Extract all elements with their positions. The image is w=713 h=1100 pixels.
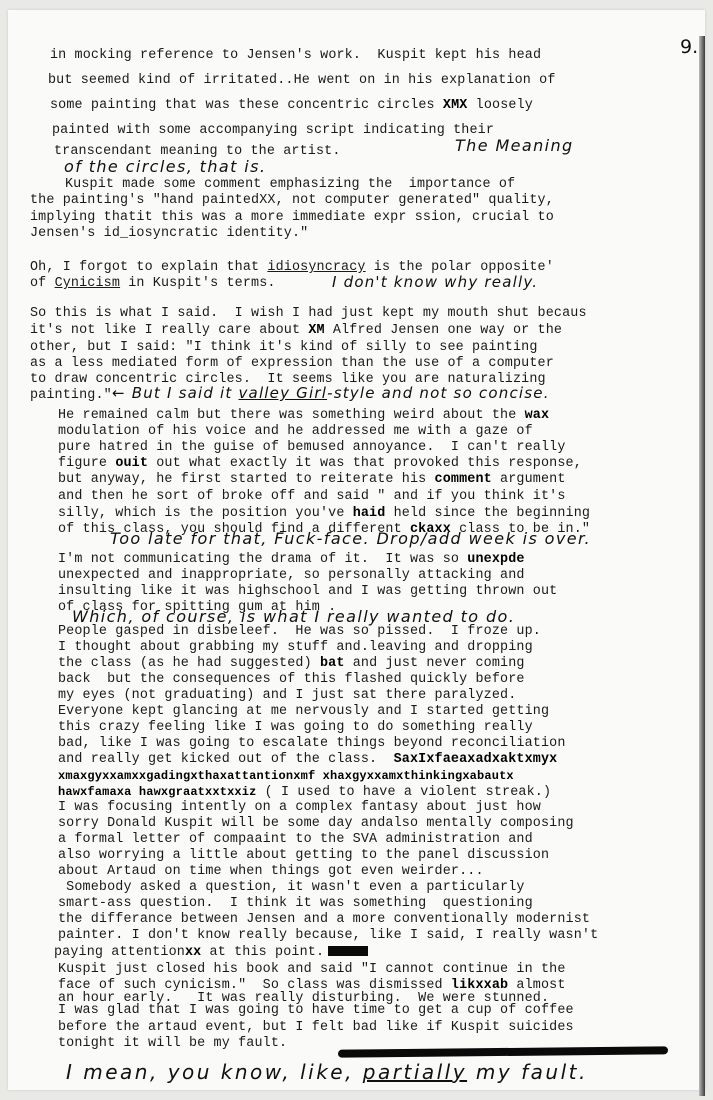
text-line: smart-ass question. I think it was somet… bbox=[58, 896, 533, 912]
handwritten-closing: I mean, you know, like, partially my fau… bbox=[66, 1060, 588, 1084]
text-line: before the artaud event, but I felt bad … bbox=[58, 1020, 574, 1036]
strikeout-line: xmaxgyxxamxxgadingxthaxattantionxmf xhax… bbox=[58, 768, 514, 784]
text-line: insulting like it was highschool and I w… bbox=[58, 584, 557, 600]
text-line: Kuspit just closed his book and said "I … bbox=[58, 962, 566, 978]
handwritten-note: ← But I said it valley Girl-style and no… bbox=[112, 384, 550, 402]
text-line: and really get kicked out of the class. … bbox=[58, 752, 557, 768]
text-line: He remained calm but there was something… bbox=[58, 408, 549, 424]
text-line: tonight it will be my fault. bbox=[58, 1036, 287, 1052]
text-line: the painting's "hand paintedXX, not comp… bbox=[30, 193, 554, 209]
text-line: Somebody asked a question, it wasn't eve… bbox=[58, 880, 525, 896]
text-line: the class (as he had suggested) bat and … bbox=[58, 656, 525, 672]
text-line: a formal letter of compaaint to the SVA … bbox=[58, 832, 533, 848]
text-line: figure ouit out what exactly it was that… bbox=[58, 456, 582, 472]
text-line: bad, like I was going to escalate things… bbox=[58, 736, 566, 752]
handwritten-note: I don't know why really. bbox=[332, 273, 538, 291]
strikeout: haid bbox=[353, 506, 386, 521]
handwritten-note: of the circles, that is. bbox=[64, 157, 266, 176]
handwritten-note: The Meaning bbox=[455, 136, 574, 155]
text-line: also worrying a little about getting to … bbox=[58, 848, 549, 864]
text-line: this crazy feeling like I was going to d… bbox=[58, 720, 533, 736]
text-line: pure hatred in the guise of bemused anno… bbox=[58, 440, 566, 456]
strikeout: unexpde bbox=[467, 552, 524, 567]
text-line: hawxfamaxa hawxgraatxxtxxiz ( I used to … bbox=[58, 784, 551, 801]
text-line: Kuspit made some comment emphasizing the… bbox=[65, 177, 515, 193]
text-line: painter. I don't know really because, li… bbox=[58, 928, 598, 944]
text-line: I thought about grabbing my stuff and.le… bbox=[58, 640, 533, 656]
text-line: but anyway, he first started to reiterat… bbox=[58, 472, 566, 488]
text-line: I was glad that I was going to have time… bbox=[58, 1003, 574, 1019]
strikeout: ouit bbox=[115, 456, 148, 471]
text-line: Everyone kept glancing at me nervously a… bbox=[58, 704, 549, 720]
text-line: implying thatit this was a more immediat… bbox=[30, 210, 554, 226]
text-line: sorry Donald Kuspit will be some day and… bbox=[58, 816, 574, 832]
text-line: painting." bbox=[30, 388, 112, 404]
strikeout: XM bbox=[308, 323, 324, 338]
page-number: 9. bbox=[680, 36, 698, 58]
marker-underline bbox=[338, 1046, 668, 1057]
text-line: in mocking reference to Jensen's work. K… bbox=[50, 48, 541, 64]
text-line: but seemed kind of irritated..He went on… bbox=[48, 73, 556, 89]
text-line: my eyes (not graduating) and I just sat … bbox=[58, 688, 516, 704]
page-binding-edge bbox=[699, 36, 705, 1096]
text-line: silly, which is the position you've haid… bbox=[58, 506, 590, 522]
strikeout: hawxfamaxa hawxgraatxxtxxiz bbox=[58, 785, 256, 799]
text-line: Jensen's id_iosyncratic identity." bbox=[30, 226, 308, 242]
strikeout: bat bbox=[320, 656, 345, 671]
strikeout: comment bbox=[435, 472, 492, 487]
text-line: as a less mediated form of expression th… bbox=[30, 356, 554, 372]
strikeout: XMX bbox=[443, 98, 468, 113]
text-line: paying attentionxx at this point. bbox=[54, 945, 368, 961]
text-line: I'm not communicating the drama of it. I… bbox=[58, 552, 525, 568]
redaction-bar bbox=[328, 946, 368, 956]
text-line: it's not like I really care about XM Alf… bbox=[30, 323, 562, 339]
strikeout: wax bbox=[525, 408, 550, 423]
handwritten-note: Too late for that, Fuck-face. Drop/add w… bbox=[110, 529, 591, 548]
text-line: the differance between Jensen and a more… bbox=[58, 912, 590, 928]
text-line: some painting that was these concentric … bbox=[50, 98, 533, 114]
text-line: and then he sort of broke off and said "… bbox=[58, 489, 566, 505]
text-line: unexpected and inappropriate, so persona… bbox=[58, 568, 525, 584]
text-line: other, but I said: "I think it's kind of… bbox=[30, 340, 538, 356]
text-line: modulation of his voice and he addressed… bbox=[58, 424, 533, 440]
text-line: about Artaud on time when things got eve… bbox=[58, 864, 484, 880]
document-page: 9. in mocking reference to Jensen's work… bbox=[8, 10, 705, 1090]
text-line: People gasped in disbeleef. He was so pi… bbox=[58, 624, 541, 640]
strikeout: xx bbox=[185, 945, 201, 960]
text-line: of Cynicism in Kuspit's terms. bbox=[30, 276, 276, 292]
underlined-word: Cynicism bbox=[55, 276, 121, 291]
text-line: I was focusing intently on a complex fan… bbox=[58, 800, 541, 816]
text-line: painted with some accompanying script in… bbox=[52, 123, 494, 139]
strikeout: SaxIxfaeaxadxaktxmyx bbox=[394, 752, 558, 767]
text-line: So this is what I said. I wish I had jus… bbox=[30, 306, 587, 322]
text-line: back but the consequences of this flashe… bbox=[58, 672, 525, 688]
